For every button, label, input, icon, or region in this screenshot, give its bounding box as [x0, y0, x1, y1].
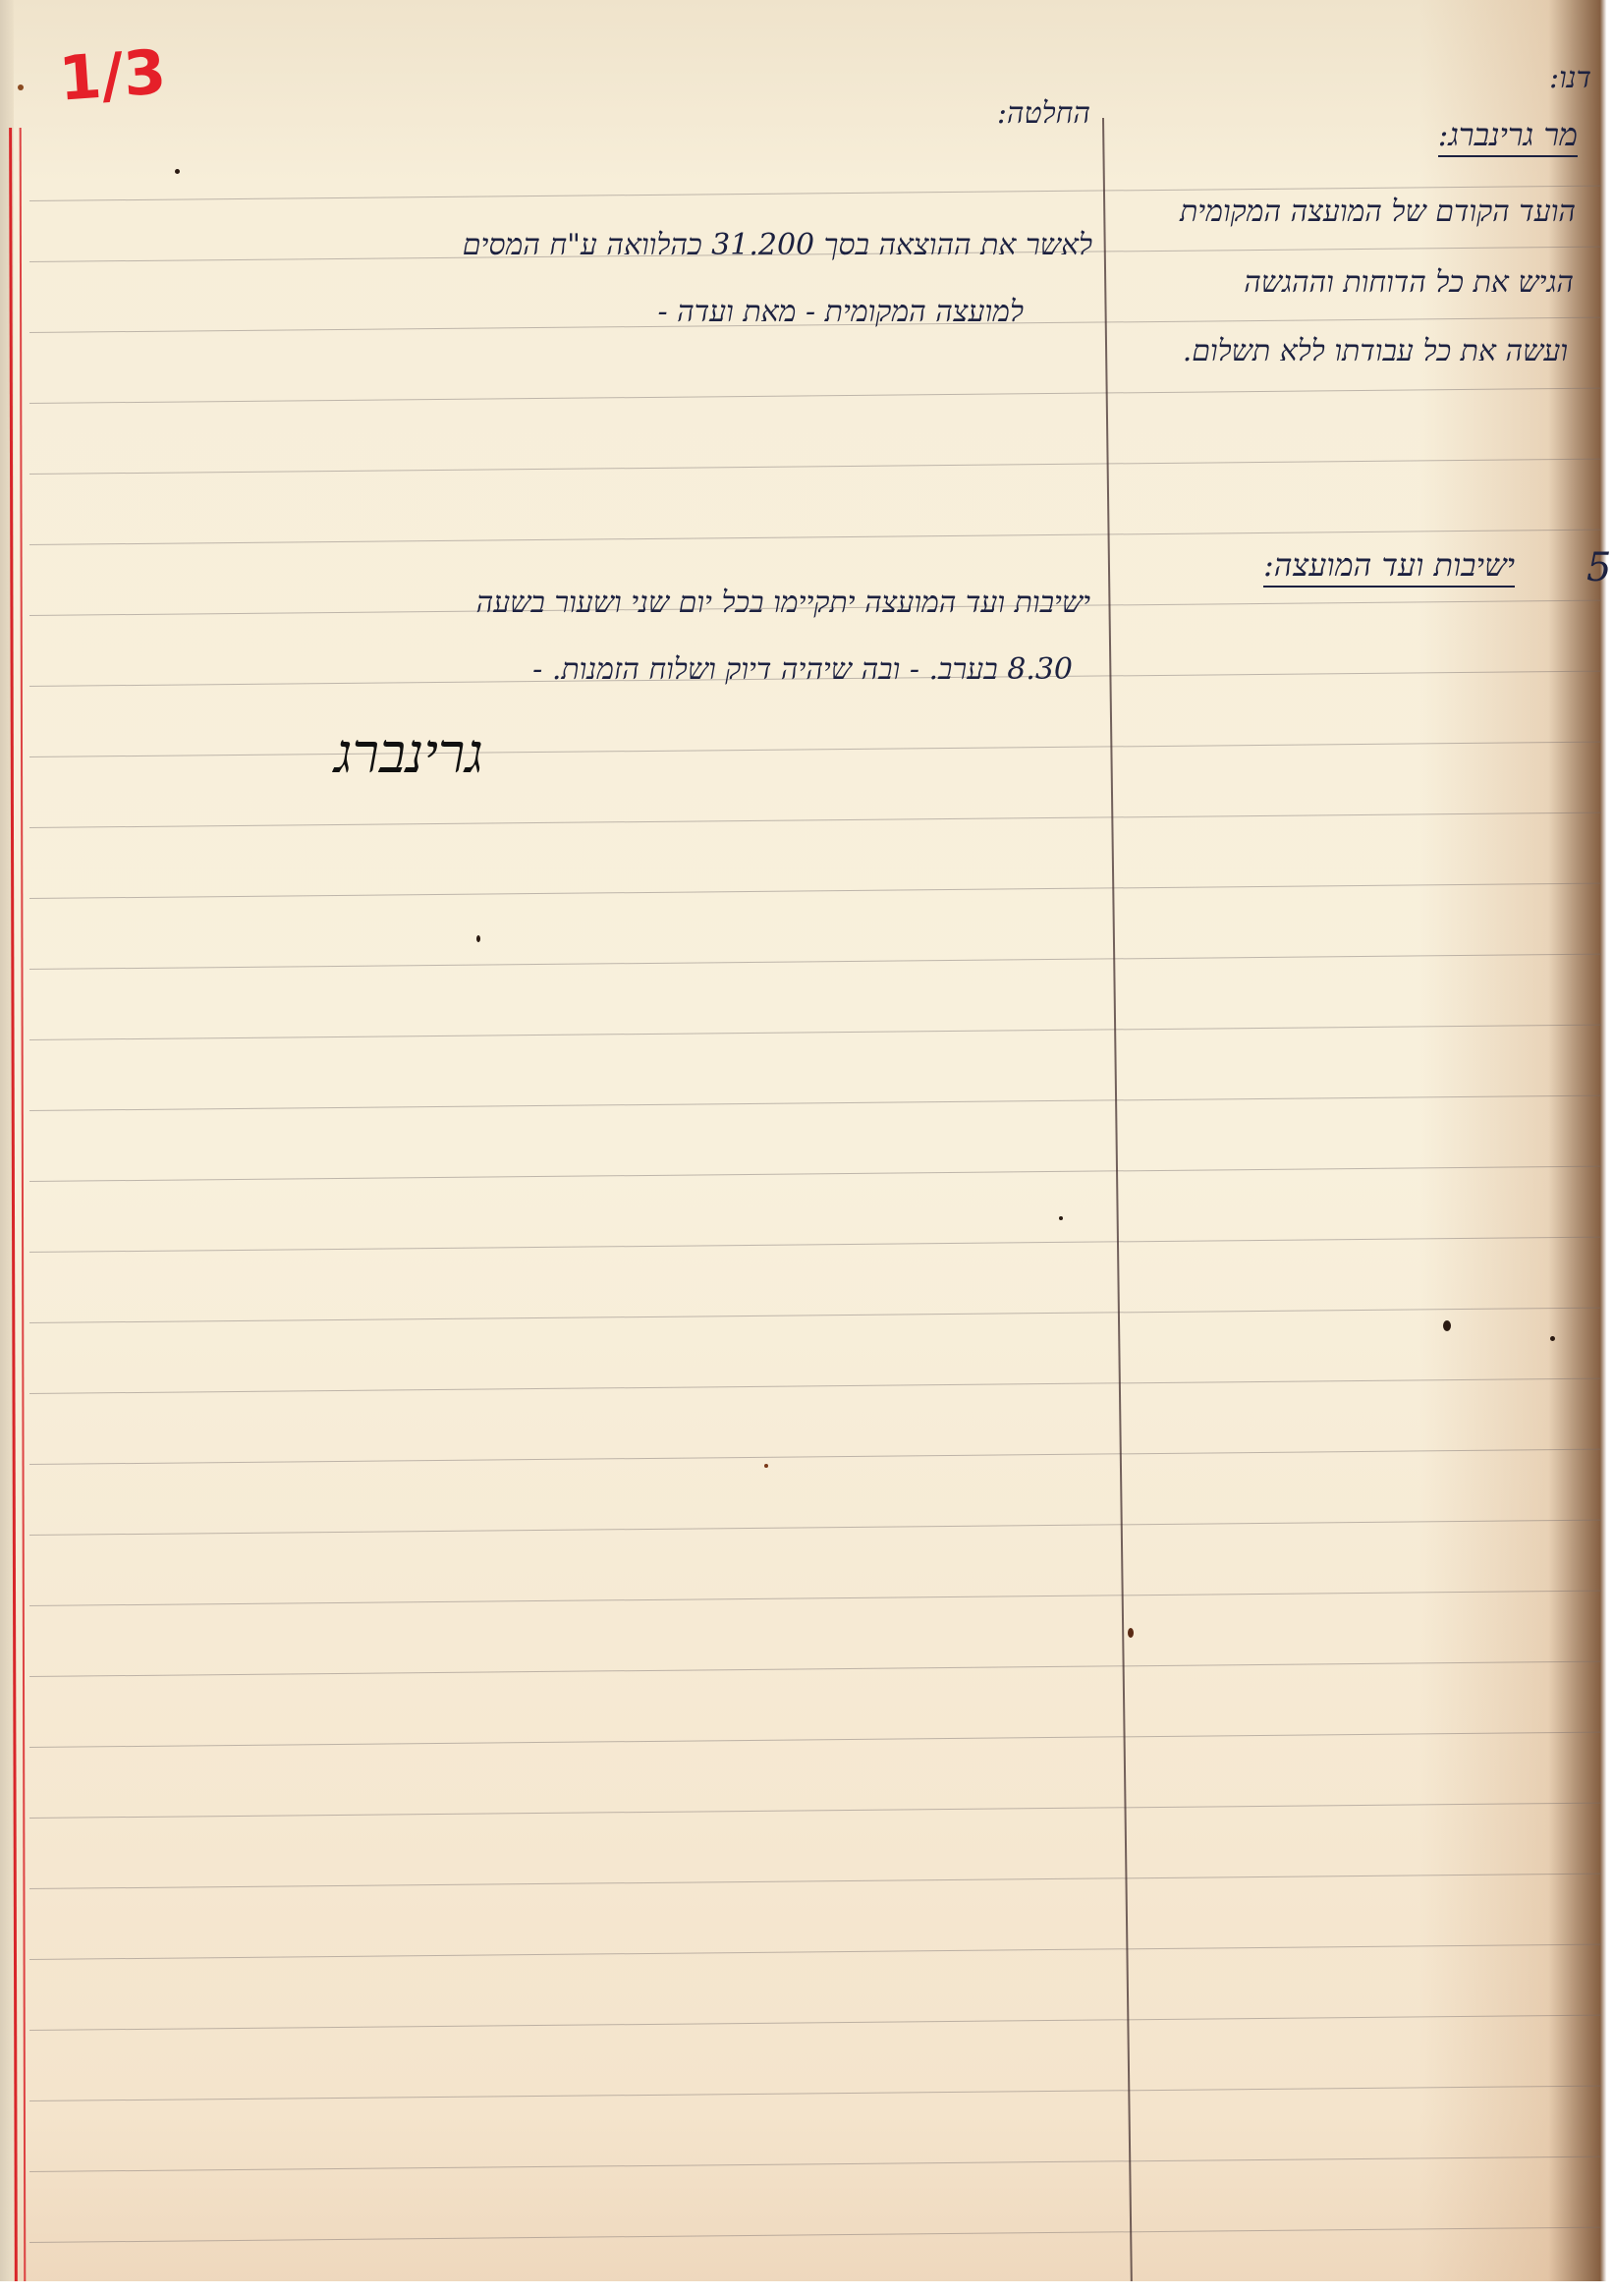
- stain-speck: [1128, 1628, 1134, 1638]
- stain-speck: [18, 84, 24, 90]
- agenda-line: הגיש את כל הדוחות וההגשה: [1244, 265, 1574, 300]
- ink-speck: [1059, 1216, 1063, 1220]
- decision-line: למועצה המקומית - מאת ועדה -: [657, 295, 1024, 329]
- decision-line: ישיבות ועד המועצה יתקיימו בכל יום שני וש…: [476, 586, 1090, 620]
- decision-line: לאשר את ההוצאה בסך 31.200 כהלוואה ע"ח המ…: [463, 228, 1092, 262]
- ink-speck: [1443, 1320, 1451, 1331]
- ink-speck: [1550, 1336, 1555, 1341]
- agenda-line: ועשה את כל עבודתו ללא תשלום.: [1183, 334, 1568, 368]
- ink-speck: [476, 935, 480, 942]
- section-number: 5: [1586, 545, 1611, 590]
- decision-line: 8.30 בערב. - ובה שיהיה דיוק ושלוח הזמנות…: [532, 652, 1073, 687]
- left-column-header: החלטה:: [997, 96, 1090, 131]
- agenda-item-title: מר גרינברג:: [1438, 116, 1578, 157]
- agenda-item-title: ישיבות ועד המועצה:: [1263, 546, 1515, 588]
- ink-speck: [175, 169, 180, 174]
- stain-speck: [764, 1464, 768, 1468]
- signature: גרינברג: [334, 722, 483, 786]
- scan-border: [0, 2281, 1613, 2296]
- right-column-header: דנו:: [1549, 61, 1591, 95]
- page-number: 1/3: [57, 35, 169, 114]
- agenda-line: הועד הקודם של המועצה המקומית: [1180, 195, 1576, 229]
